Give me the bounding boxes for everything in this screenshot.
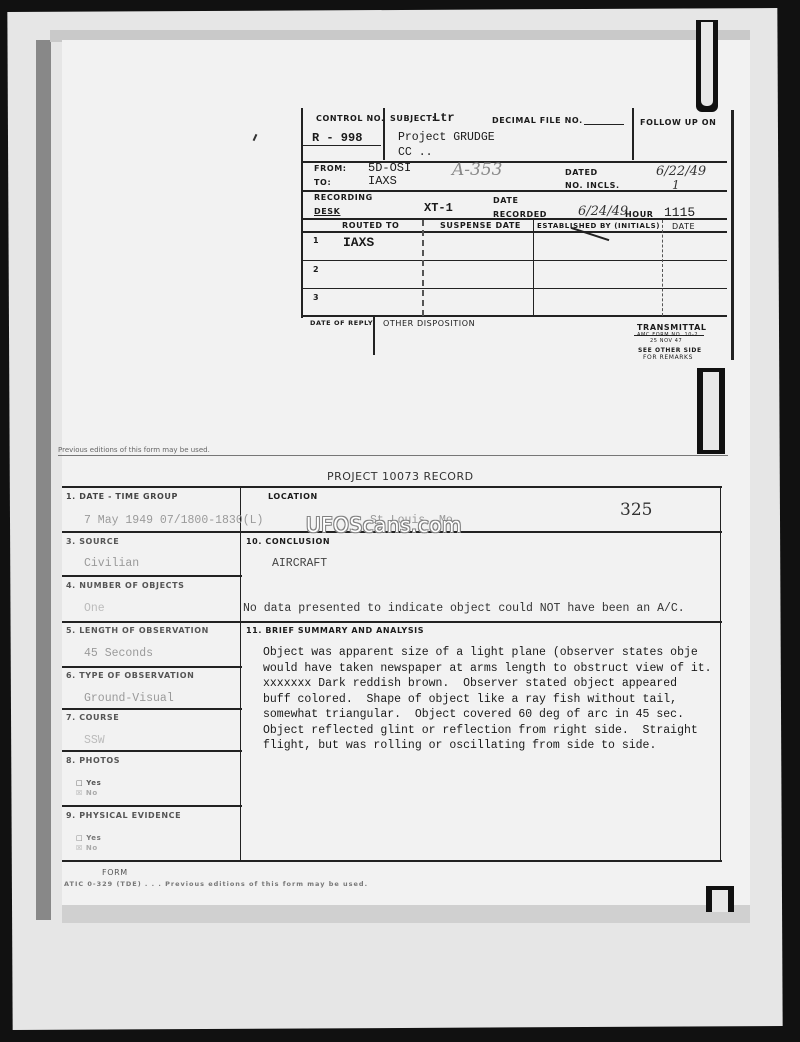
grid-line <box>62 860 722 862</box>
footer-form-text: ATIC 0-329 (TDE) . . . Previous editions… <box>64 880 368 888</box>
recording-label: RECORDING <box>314 193 373 202</box>
row-number: 1 <box>313 236 319 245</box>
slip-line <box>301 260 727 261</box>
recorded-label: RECORDED <box>493 210 547 219</box>
control-no-label: CONTROL NO. <box>316 114 385 123</box>
slip-line <box>301 145 381 146</box>
photos-label: 8. PHOTOS <box>66 756 120 765</box>
binder-clip-top-inner <box>701 22 713 106</box>
no-incls-label: NO. INCLS. <box>565 181 620 190</box>
summary-text: Object was apparent size of a light plan… <box>263 645 723 754</box>
summary-line: Object was apparent size of a light plan… <box>263 645 723 661</box>
type-observation-value: Ground-Visual <box>84 691 174 707</box>
grid-line <box>62 666 242 668</box>
page-bottom-edge <box>62 905 750 923</box>
photos-no-checkbox: ☒ No <box>76 789 98 797</box>
date-label: DATE <box>493 196 519 205</box>
for-remarks: FOR REMARKS <box>643 354 693 361</box>
col-routed-to: ROUTED TO <box>342 221 399 230</box>
hour-label: HOUR <box>625 210 654 219</box>
summary-label: 11. BRIEF SUMMARY AND ANALYSIS <box>246 626 424 635</box>
slip-line <box>301 315 727 317</box>
slip-left-border <box>301 108 303 318</box>
from-value: 5D-OSI <box>368 161 411 175</box>
conclusion-value: AIRCRAFT <box>272 556 327 572</box>
physical-no-checkbox: ☒ No <box>76 844 98 852</box>
grid-line <box>62 805 242 807</box>
summary-line: would have taken newspaper at arms lengt… <box>263 661 723 677</box>
page-shadow <box>36 40 51 920</box>
number-objects-label: 4. NUMBER OF OBJECTS <box>66 581 185 590</box>
binder-clip-middle-inner <box>703 372 719 450</box>
handwritten-file-mark: A-353 <box>452 160 502 180</box>
slip-col-divider <box>662 220 663 316</box>
conclusion-note: No data presented to indicate object cou… <box>243 601 685 617</box>
see-other-side: SEE OTHER SIDE <box>638 347 702 354</box>
grid-line <box>62 750 242 752</box>
grid-line <box>62 708 242 710</box>
photos-yes-checkbox: □ Yes <box>76 779 101 787</box>
footer-form-label: FORM <box>102 868 128 877</box>
binder-clip-bottom-inner <box>712 890 728 912</box>
slip-line <box>301 231 727 233</box>
summary-line: Object reflected glint or reflection fro… <box>263 723 723 739</box>
subject-line-2: Project GRUDGE <box>398 131 495 144</box>
control-no-value: R - 998 <box>312 131 362 145</box>
number-objects-value: One <box>84 601 105 617</box>
handwritten-case-number: 325 <box>620 500 652 520</box>
col-established-by: ESTABLISHED BY (INITIALS) <box>537 222 660 230</box>
record-top-rule <box>58 455 728 456</box>
subject-line-3: CC .. <box>398 146 433 159</box>
conclusion-label: 10. CONCLUSION <box>246 537 330 546</box>
watermark: UFOScans.com <box>306 513 462 537</box>
subject-value: Ltr <box>433 111 455 125</box>
routed-to-value: IAXS <box>343 235 374 250</box>
summary-line: flight, but was rolling or oscillating f… <box>263 738 723 754</box>
physical-evidence-label: 9. PHYSICAL EVIDENCE <box>66 811 181 820</box>
dated-label: DATED <box>565 168 598 177</box>
date-time-label: 1. DATE - TIME GROUP <box>66 492 178 501</box>
length-observation-label: 5. LENGTH OF OBSERVATION <box>66 626 209 635</box>
physical-yes-checkbox: □ Yes <box>76 834 101 842</box>
subject-label: SUBJECT: <box>390 114 436 123</box>
slip-col-divider <box>533 220 534 316</box>
recorded-value: 6/24/49 <box>578 204 628 219</box>
summary-line: somewhat triangular. Object covered 60 d… <box>263 707 723 723</box>
source-label: 3. SOURCE <box>66 537 119 546</box>
summary-line: xxxxxxx Dark reddish brown. Observer sta… <box>263 676 723 692</box>
transmittal-label: TRANSMITTAL <box>637 323 707 332</box>
location-label: LOCATION <box>268 492 318 501</box>
grid-line <box>62 486 722 488</box>
course-label: 7. COURSE <box>66 713 119 722</box>
summary-line: buff colored. Shape of object like a ray… <box>263 692 723 708</box>
date-time-value: 7 May 1949 07/1800-1830(L) <box>84 513 263 529</box>
desk-label: DESK <box>314 207 340 216</box>
slip-divider <box>632 108 634 160</box>
previous-editions-note: Previous editions of this form may be us… <box>58 446 210 454</box>
col-suspense-date: SUSPENSE DATE <box>440 221 521 230</box>
follow-up-label: FOLLOW UP ON <box>640 118 716 127</box>
decimal-file-blank <box>584 124 624 125</box>
date-of-reply-label: DATE OF REPLY <box>310 319 373 327</box>
row-number: 2 <box>313 265 319 274</box>
from-label: FROM: <box>314 164 347 173</box>
slip-divider <box>373 317 375 355</box>
slip-col-divider <box>422 220 424 316</box>
slip-line <box>301 161 727 163</box>
record-title: PROJECT 10073 RECORD <box>327 470 474 483</box>
row-number: 3 <box>313 293 319 302</box>
desk-value: XT-1 <box>424 201 453 215</box>
to-label: TO: <box>314 178 331 187</box>
dated-value: 6/22/49 <box>656 164 706 179</box>
course-value: SSW <box>84 733 105 749</box>
slip-right-edge <box>731 110 734 360</box>
source-value: Civilian <box>84 556 139 572</box>
to-value: IAXS <box>368 174 397 188</box>
slip-line <box>301 288 727 289</box>
grid-line <box>62 621 722 623</box>
other-disposition-label: OTHER DISPOSITION <box>383 319 475 328</box>
length-observation-value: 45 Seconds <box>84 646 153 662</box>
transmittal-date: 25 NOV 47 <box>650 338 682 344</box>
type-observation-label: 6. TYPE OF OBSERVATION <box>66 671 194 680</box>
hour-value: 1115 <box>664 205 695 220</box>
grid-line <box>62 575 242 577</box>
no-incls-value: 1 <box>672 178 680 192</box>
slip-line <box>301 190 727 192</box>
decimal-file-label: DECIMAL FILE NO. <box>492 116 583 125</box>
col-date: DATE <box>672 222 695 231</box>
